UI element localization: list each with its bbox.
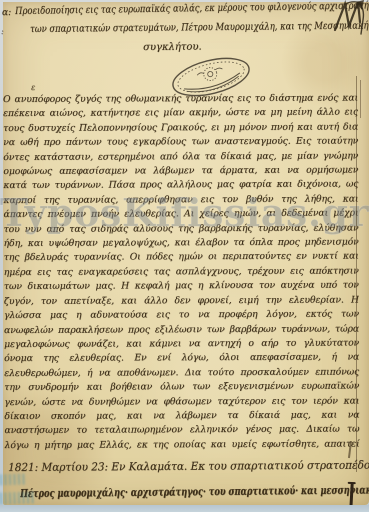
print-bleed-mark xyxy=(0,474,26,486)
marginal-mark: : xyxy=(1,27,4,36)
dateline-text: 1821: Μαρτίου 23: Εν Καλαμάτα. Εκ του σπ… xyxy=(8,458,369,474)
site-watermark: TyposKifissias.gr xyxy=(0,190,369,244)
marginal-mark: α: xyxy=(2,8,11,18)
page-fold-line xyxy=(356,76,357,472)
dateline: 1821: Μαρτίου 23: Εν Καλαμάτα. Εκ του σπ… xyxy=(8,458,369,474)
paragraph-mark: ε xyxy=(31,83,35,92)
heading-line-3: συγκλήτου. xyxy=(143,41,202,53)
page-fold-line xyxy=(360,80,361,118)
print-bleed-mark xyxy=(0,491,34,504)
scan-edge-strip xyxy=(0,505,369,512)
scanned-manuscript-page: α: : Προειδοποίησις εις τας ευρωπαϊκάς α… xyxy=(0,0,369,512)
ink-flourish xyxy=(325,0,369,40)
manuscript-body: Ο ανυπόφορος ζυγός της οθωμανικής τυρανν… xyxy=(3,91,360,453)
